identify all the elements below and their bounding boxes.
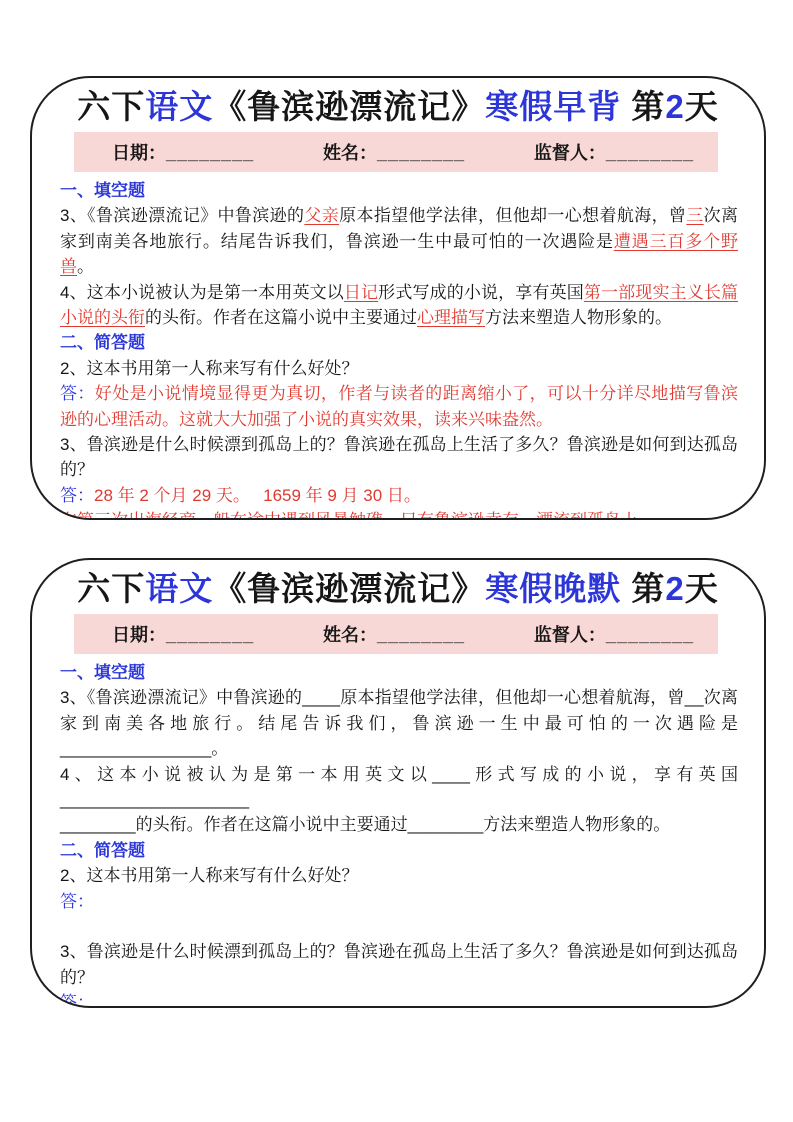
field-supervisor: 监督人：________ (534, 139, 694, 165)
paragraph: 答：28 年 2 个月 29 天。 1659 年 9 月 30 日。 (60, 483, 738, 508)
date-label: 日期： (112, 143, 166, 163)
text-segment: 3、《鲁滨逊漂流记》中鲁滨逊的 (60, 206, 304, 225)
text-segment: 2、这本书用第一人称来写有什么好处？ (60, 866, 358, 885)
text-segment: 一、填空题 (60, 181, 145, 200)
paragraph: 答：好处是小说情境显得更为真切，作者与读者的距离缩小了，可以十分详尽地描写鲁滨逊… (60, 381, 738, 432)
text-segment: 4、这本小说被认为是第一本用英文以 (60, 283, 344, 302)
paragraph: 3、《鲁滨逊漂流记》中鲁滨逊的父亲原本指望他学法律，但他却一心想着航海，曾三次离… (60, 203, 738, 279)
text-segment: 《鲁滨逊漂流记》 (213, 570, 485, 607)
blank-line (60, 914, 738, 939)
text-segment: 三 (686, 206, 703, 225)
text-segment: 答： (60, 384, 95, 403)
text-segment: 4、这本小说被认为是第一本用英文以____形式写成的小说，享有英国_______… (60, 765, 738, 809)
supervisor-label: 监督人： (534, 143, 606, 163)
text-segment: 六下 (77, 88, 145, 125)
text-segment: 第 (621, 88, 665, 125)
text-segment: 寒假晚默 (485, 570, 621, 607)
text-segment: 天 (685, 88, 719, 125)
text-segment: 好处是小说情境显得更为真切，作者与读者的距离缩小了，可以十分详尽地描写鲁滨逊的心… (60, 384, 738, 428)
text-segment: 二、简答题 (60, 333, 145, 352)
paragraph: 答： (60, 889, 738, 914)
info-bar: 日期：________ 姓名：________ 监督人：________ (74, 614, 718, 654)
morning-recitation-card: 六下语文《鲁滨逊漂流记》寒假早背 第2天 日期：________ 姓名：____… (30, 76, 766, 520)
paragraph: 4、这本小说被认为是第一本用英文以日记形式写成的小说，享有英国第一部现实主义长篇… (60, 280, 738, 331)
paragraph: 2、这本书用第一人称来写有什么好处？ (60, 356, 738, 381)
name-blank: ________ (377, 625, 465, 645)
text-segment: 在第三次出海经商，船在途中遇到风暴触礁，只有鲁滨逊幸存，漂流到孤岛上。 (60, 511, 655, 520)
text-segment: 六下 (77, 570, 145, 607)
text-segment: 答： (60, 892, 94, 911)
text-segment: 答： (60, 486, 94, 505)
paragraph: 答： (60, 990, 738, 1008)
field-supervisor: 监督人：________ (534, 621, 694, 647)
date-blank: ________ (166, 143, 254, 163)
section-heading: 一、填空题 (60, 660, 738, 685)
text-segment: 的头衔。作者在这篇小说中主要通过 (145, 308, 417, 327)
text-segment: 一、填空题 (60, 663, 145, 682)
text-segment: 日记 (344, 283, 378, 302)
date-blank: ________ (166, 625, 254, 645)
worksheet-page: 六下语文《鲁滨逊漂流记》寒假早背 第2天 日期：________ 姓名：____… (0, 0, 793, 1122)
supervisor-blank: ________ (606, 143, 694, 163)
field-date: 日期：________ (112, 621, 254, 647)
paragraph: 3、《鲁滨逊漂流记》中鲁滨逊的____原本指望他学法律，但他却一心想着航海，曾_… (60, 685, 738, 761)
paragraph: ________的头衔。作者在这篇小说中主要通过________方法来塑造人物形… (60, 812, 738, 837)
text-segment: 3、鲁滨逊是什么时候漂到孤岛上的？鲁滨逊在孤岛上生活了多久？鲁滨逊是如何到达孤岛… (60, 435, 738, 479)
text-segment: 答： (60, 993, 94, 1008)
text-segment: 天 (685, 570, 719, 607)
text-segment: 父亲 (304, 206, 339, 225)
text-segment: 原本指望他学法律，但他却一心想着航海，曾 (339, 206, 686, 225)
name-label: 姓名： (323, 143, 377, 163)
paragraph: 在第三次出海经商，船在途中遇到风暴触礁，只有鲁滨逊幸存，漂流到孤岛上。 (60, 508, 738, 520)
section-heading: 二、简答题 (60, 838, 738, 863)
supervisor-blank: ________ (606, 625, 694, 645)
evening-dictation-card: 六下语文《鲁滨逊漂流记》寒假晚默 第2天 日期：________ 姓名：____… (30, 558, 766, 1008)
field-name: 姓名：________ (323, 621, 465, 647)
text-segment: 3、《鲁滨逊漂流记》中鲁滨逊的____原本指望他学法律，但他却一心想着航海，曾_… (60, 688, 738, 758)
card-title: 六下语文《鲁滨逊漂流记》寒假晚默 第2天 (32, 569, 764, 609)
text-segment: 语文 (145, 88, 213, 125)
text-segment: 方法来塑造人物形象的。 (485, 308, 672, 327)
paragraph: 4、这本小说被认为是第一本用英文以____形式写成的小说，享有英国_______… (60, 762, 738, 813)
card-title: 六下语文《鲁滨逊漂流记》寒假早背 第2天 (32, 87, 764, 127)
date-label: 日期： (112, 625, 166, 645)
name-blank: ________ (377, 143, 465, 163)
section-heading: 一、填空题 (60, 178, 738, 203)
paragraph: 3、鲁滨逊是什么时候漂到孤岛上的？鲁滨逊在孤岛上生活了多久？鲁滨逊是如何到达孤岛… (60, 432, 738, 483)
text-segment: 2 (665, 88, 684, 125)
field-date: 日期：________ (112, 139, 254, 165)
text-segment: 形式写成的小说，享有英国 (378, 283, 584, 302)
text-segment: 第 (621, 570, 665, 607)
text-segment: 《鲁滨逊漂流记》 (213, 88, 485, 125)
text-segment: 2、这本书用第一人称来写有什么好处？ (60, 359, 358, 378)
text-segment: ________的头衔。作者在这篇小说中主要通过________方法来塑造人物形… (60, 815, 670, 834)
field-name: 姓名：________ (323, 139, 465, 165)
text-segment: 28 年 2 个月 29 天。 1659 年 9 月 30 日。 (94, 486, 421, 505)
text-segment: 寒假早背 (485, 88, 621, 125)
text-segment: 语文 (145, 570, 213, 607)
card-content: 一、填空题3、《鲁滨逊漂流记》中鲁滨逊的____原本指望他学法律，但他却一心想着… (32, 654, 764, 1008)
name-label: 姓名： (323, 625, 377, 645)
card-content: 一、填空题3、《鲁滨逊漂流记》中鲁滨逊的父亲原本指望他学法律，但他却一心想着航海… (32, 172, 764, 520)
supervisor-label: 监督人： (534, 625, 606, 645)
info-bar: 日期：________ 姓名：________ 监督人：________ (74, 132, 718, 172)
paragraph: 3、鲁滨逊是什么时候漂到孤岛上的？鲁滨逊在孤岛上生活了多久？鲁滨逊是如何到达孤岛… (60, 939, 738, 990)
text-segment: 。 (77, 257, 94, 276)
paragraph: 2、这本书用第一人称来写有什么好处？ (60, 863, 738, 888)
text-segment: 二、简答题 (60, 841, 145, 860)
text-segment: 心理描写 (417, 308, 485, 327)
text-segment: 2 (665, 570, 684, 607)
text-segment: 3、鲁滨逊是什么时候漂到孤岛上的？鲁滨逊在孤岛上生活了多久？鲁滨逊是如何到达孤岛… (60, 942, 738, 986)
section-heading: 二、简答题 (60, 330, 738, 355)
